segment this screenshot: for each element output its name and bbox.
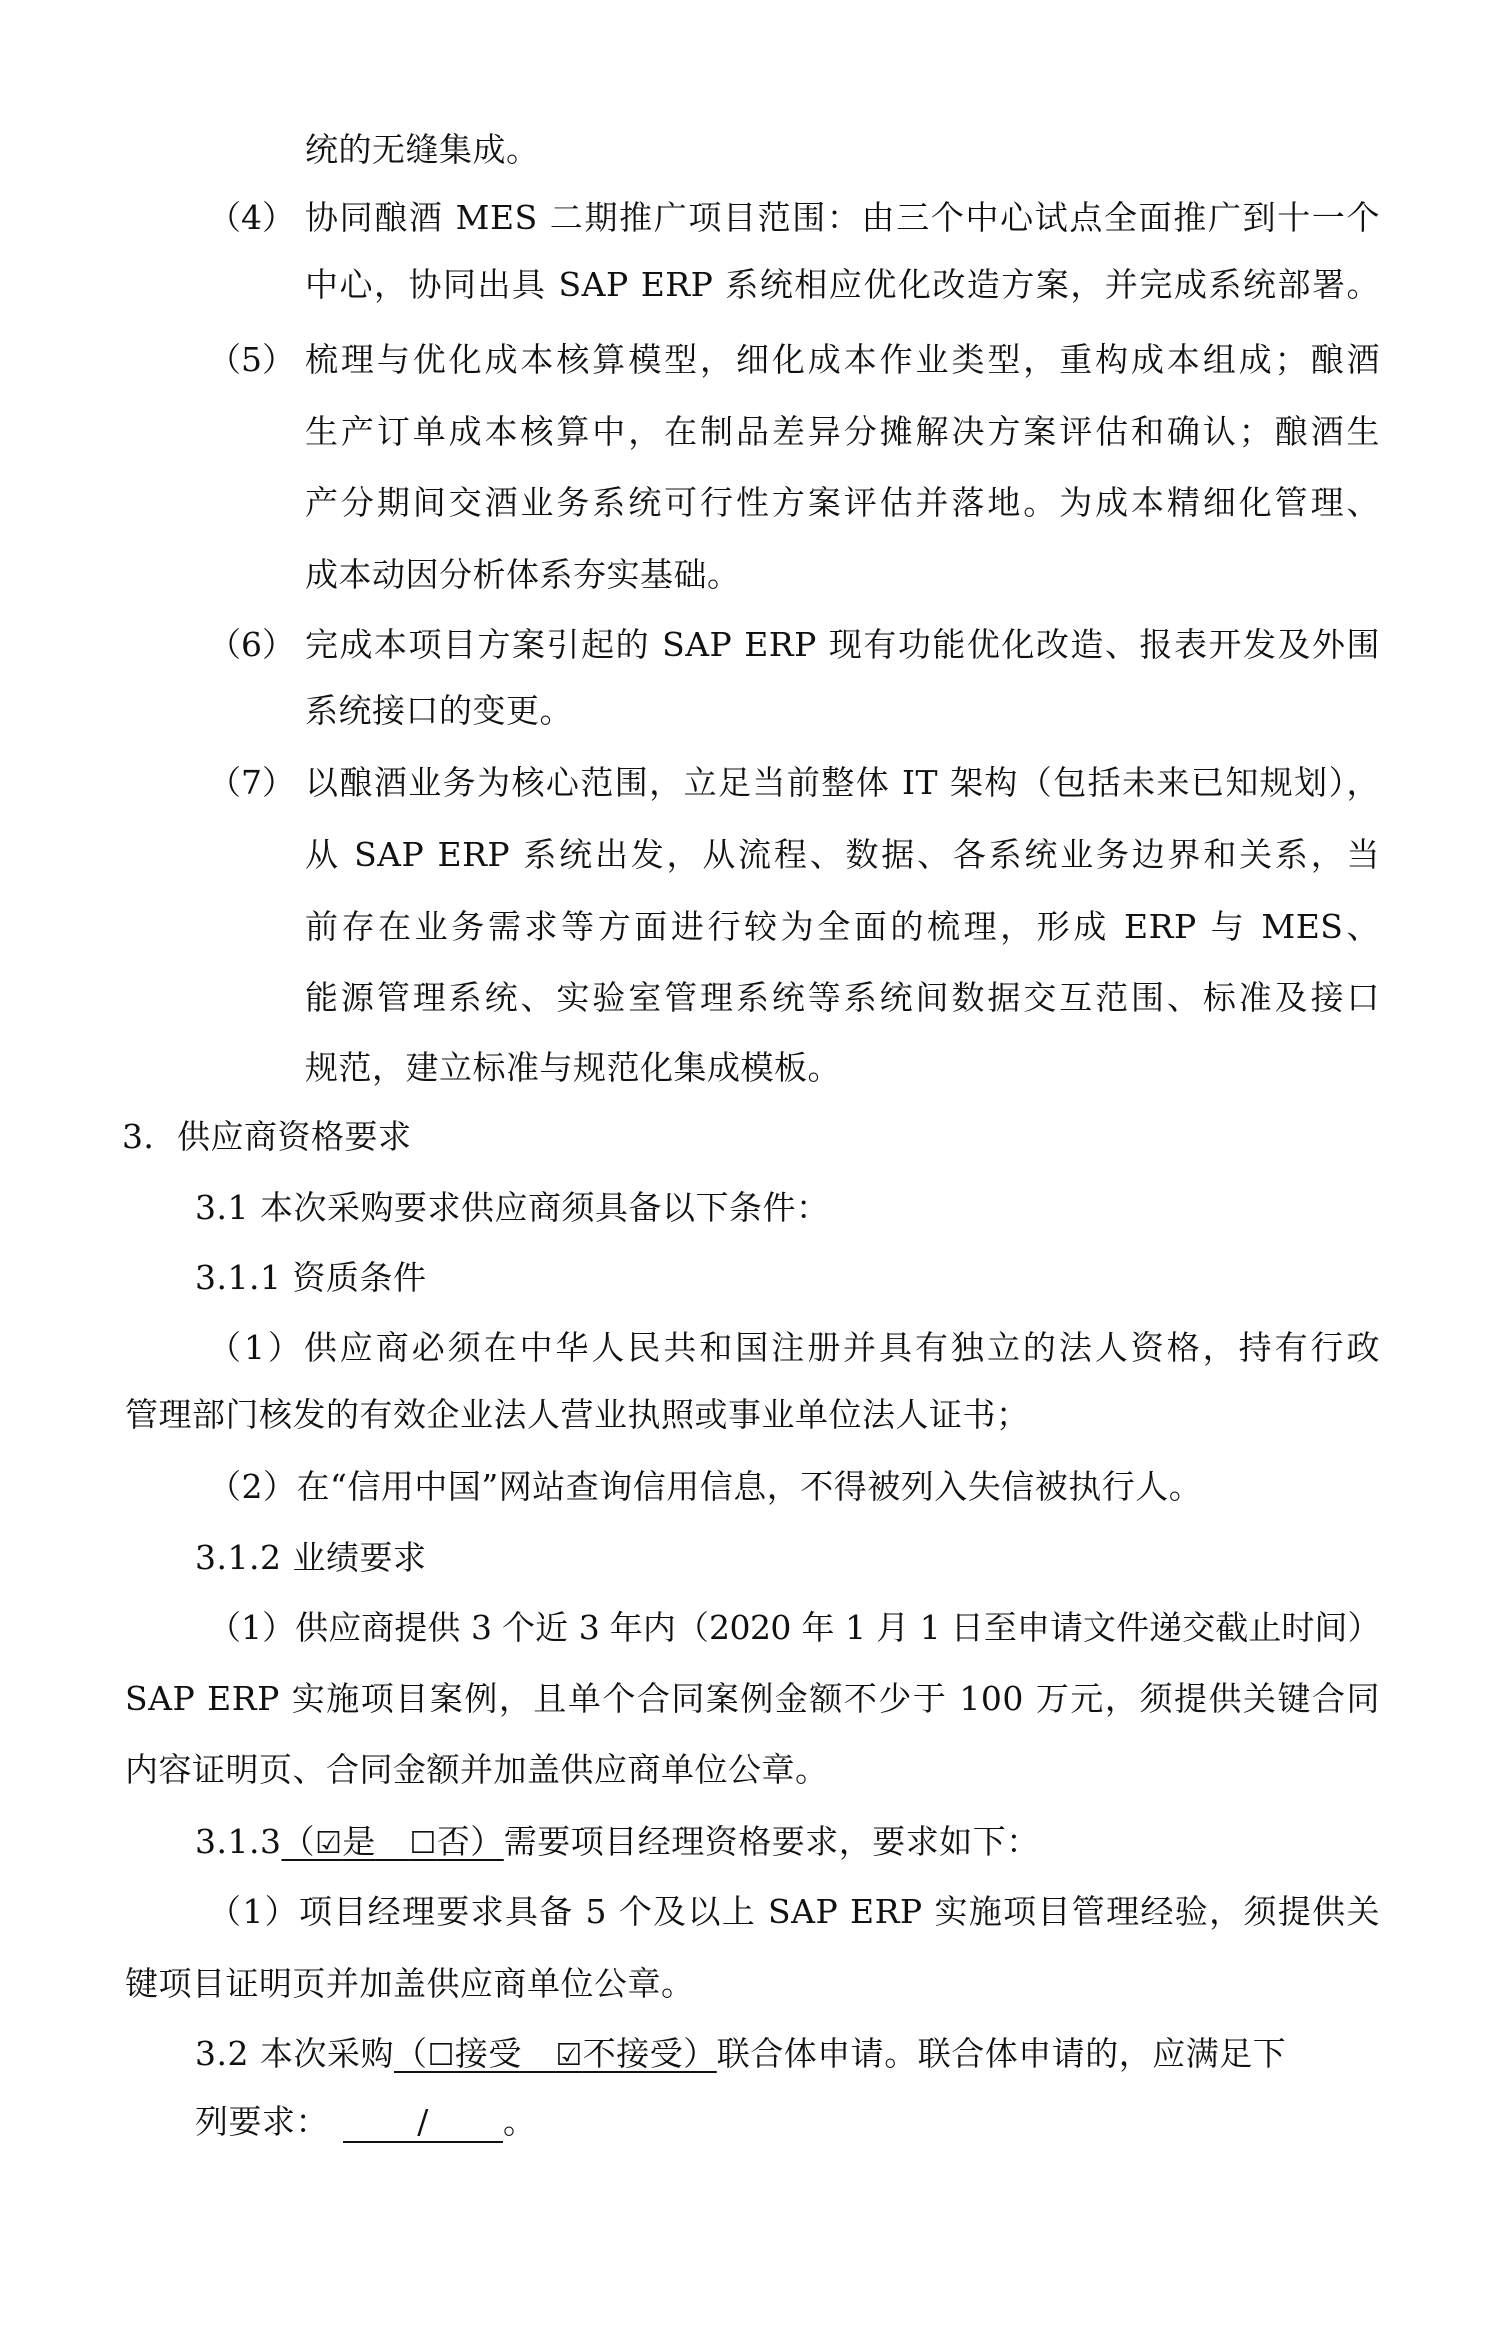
option-accept-label: 接受	[455, 2034, 522, 2073]
item-6-number: （6）	[208, 623, 295, 667]
item-6-line-2: 系统接口的变更。	[305, 689, 573, 733]
section-3-heading: 3．供应商资格要求	[122, 1115, 412, 1159]
section-3-2-line: 3.2 本次采购（☐接受 ☑不接受）联合体申请。联合体申请的，应满足下	[195, 2032, 1286, 2076]
item-5-line-2: 生产订单成本核算中，在制品差异分摊解决方案评估和确认；酿酒生	[305, 410, 1380, 454]
item-7-line-3: 前存在业务需求等方面进行较为全面的梳理，形成 ERP 与 MES、SRM、	[305, 905, 1380, 949]
checkbox-unchecked-icon[interactable]: ☐	[409, 1826, 436, 1861]
performance-1-line-3: 内容证明页、合同金额并加盖供应商单位公章。	[125, 1748, 829, 1792]
qualification-2: （2）在“信用中国”网站查询信用信息，不得被列入失信被执行人。	[208, 1465, 1202, 1509]
section-3-1-heading: 3.1 本次采购要求供应商须具备以下条件：	[195, 1186, 829, 1230]
item-4-number: （4）	[208, 196, 295, 240]
section-3-2-prefix: 3.2 本次采购	[195, 2034, 394, 2073]
performance-1-line-1: （1）供应商提供 3 个近 3 年内（2020 年 1 月 1 日至申请文件递交…	[208, 1606, 1380, 1650]
period: 。	[503, 2102, 537, 2141]
open-paren: （	[394, 2034, 428, 2073]
item-5-line-4: 成本动因分析体系夯实基础。	[305, 553, 741, 597]
item-7-line-1: 以酿酒业务为核心范围，立足当前整体 IT 架构（包括未来已知规划），	[305, 761, 1380, 805]
requirements-blank-field: /	[343, 2103, 503, 2143]
item-4-line-2: 中心，协同出具 SAP ERP 系统相应优化改造方案，并完成系统部署。	[305, 263, 1380, 307]
item-5-number: （5）	[208, 338, 295, 382]
checkbox-checked-icon[interactable]: ☑	[555, 2038, 582, 2073]
requirements-label: 列要求：	[195, 2102, 329, 2141]
qualification-1-line-1: （1）供应商必须在中华人民共和国注册并具有独立的法人资格，持有行政	[208, 1326, 1380, 1370]
consortium-choice: （☐接受 ☑不接受）	[394, 2034, 717, 2073]
item-7-line-2: 从 SAP ERP 系统出发，从流程、数据、各系统业务边界和关系，当	[305, 833, 1380, 877]
section-3-1-3-number: 3.1.3	[195, 1822, 281, 1861]
qualification-1-line-2: 管理部门核发的有效企业法人营业执照或事业单位法人证书；	[125, 1393, 1030, 1437]
option-no-label: 否）	[437, 1822, 504, 1861]
item-4-line-1: 协同酿酒 MES 二期推广项目范围：由三个中心试点全面推广到十一个	[305, 196, 1380, 240]
pm-requirement-1-line-1: （1）项目经理要求具备 5 个及以上 SAP ERP 实施项目管理经验，须提供关	[208, 1890, 1380, 1934]
performance-1-line-2: SAP ERP 实施项目案例，且单个合同案例金额不少于 100 万元，须提供关键…	[125, 1677, 1380, 1721]
section-3-1-3-line: 3.1.3（☑是 ☐否）需要项目经理资格要求，要求如下：	[195, 1820, 1040, 1864]
section-3-1-3-text: 需要项目经理资格要求，要求如下：	[504, 1822, 1040, 1861]
document-page: 统的无缝集成。 （4） 协同酿酒 MES 二期推广项目范围：由三个中心试点全面推…	[0, 0, 1500, 2342]
section-3-1-2-heading: 3.1.2 业绩要求	[195, 1536, 426, 1580]
option-yes-label: 是	[342, 1822, 376, 1861]
checkbox-checked-icon[interactable]: ☑	[315, 1826, 342, 1861]
section-3-2-line-2: 列要求：/。	[195, 2100, 537, 2144]
item-5-line-1: 梳理与优化成本核算模型，细化成本作业类型，重构成本组成；酿酒	[305, 338, 1380, 382]
item-7-line-5: 规范，建立标准与规范化集成模板。	[305, 1046, 841, 1090]
section-3-2-text: 联合体申请。联合体申请的，应满足下	[717, 2034, 1287, 2073]
item-6-line-1: 完成本项目方案引起的 SAP ERP 现有功能优化改造、报表开发及外围	[305, 623, 1380, 667]
item-7-line-4: 能源管理系统、实验室管理系统等系统间数据交互范围、标准及接口	[305, 976, 1380, 1020]
pm-requirement-1-line-2: 键项目证明页并加盖供应商单位公章。	[125, 1962, 695, 2006]
item-5-line-3: 产分期间交酒业务系统可行性方案评估并落地。为成本精细化管理、	[305, 481, 1380, 525]
checkbox-unchecked-icon[interactable]: ☐	[427, 2038, 454, 2073]
pm-requirement-choice: （☑是 ☐否）	[281, 1822, 503, 1861]
item-3-tail: 统的无缝集成。	[305, 128, 540, 172]
section-3-1-1-heading: 3.1.1 资质条件	[195, 1256, 426, 1300]
option-reject-label: 不接受）	[583, 2034, 717, 2073]
item-7-number: （7）	[208, 761, 295, 805]
open-paren: （	[281, 1822, 315, 1861]
